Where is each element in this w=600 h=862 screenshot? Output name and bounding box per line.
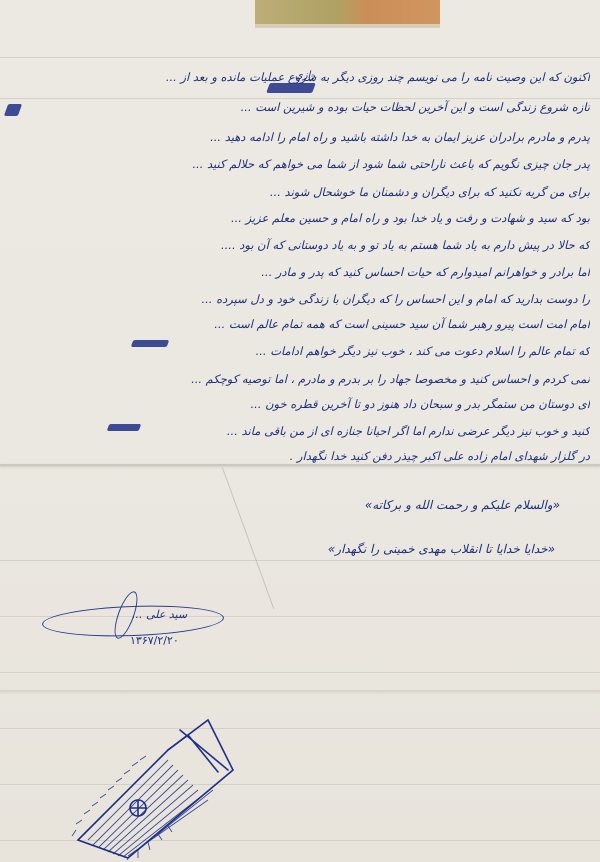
ruled-line (0, 560, 600, 561)
letter-line: ای دوستان من ستمگر بدر و سبحان داد هنوز … (10, 394, 590, 414)
letter-line: پدرم و مادرم برادران عزیز ایمان به خدا د… (10, 127, 590, 147)
letter-line: کنید و خوب نیز دیگر عرضی ندارم اما اگر ا… (10, 421, 590, 441)
letter-page: رازی اکنون که این وصیت نامه را می نویسم … (0, 0, 600, 862)
signature-date: ۱۳۶۷/۲/۲۰ (130, 634, 179, 647)
crossed-out-word (131, 340, 170, 347)
letter-line: در گلزار شهدای امام زاده علی اکبر چیذر د… (10, 446, 590, 466)
letter-line: تازه شروع زندگی است و این آخرین لحظات حی… (10, 97, 590, 117)
ruled-line (0, 672, 600, 673)
letter-line: که تمام عالم را اسلام دعوت می کند ، خوب … (10, 341, 590, 361)
paper-crease (222, 468, 274, 609)
paper-fold (0, 690, 600, 692)
letter-line: پدر جان چیزی نگویم که باعث ناراحتی شما ش… (10, 154, 590, 174)
ruled-line (0, 57, 600, 58)
letter-line: اما برادر و خواهرانم امیدوارم که حیات اح… (10, 262, 590, 282)
letter-line: که حالا در پیش دارم به یاد شما هستم به ی… (10, 235, 590, 255)
signature-block: سید علی ... ۱۳۶۷/۲/۲۰ (42, 588, 227, 658)
closing-prayer: «خدایا خدایا تا انقلاب مهدی خمینی را نگه… (328, 542, 555, 556)
crossed-out-word (107, 424, 142, 431)
letter-line: امام امت است پیرو رهبر شما آن سید حسینی … (10, 314, 590, 334)
closing-salutation: «والسلام علیکم و رحمت الله و برکاته» (365, 498, 560, 512)
letter-line: برای من گریه نکنید که برای دیگران و دشمن… (10, 182, 590, 202)
letter-line: را دوست بدارید که امام و این احساس را که… (10, 289, 590, 309)
pen-sketch (68, 710, 238, 860)
letter-line: بود که سید و شهادت و رفت و یاد خدا بود و… (10, 208, 590, 228)
crossed-out-word (266, 83, 316, 93)
letter-line: نمی کردم و احساس کنید و مخصوصا جهاد را ب… (10, 369, 590, 389)
signature-name: سید علی ... (132, 608, 187, 621)
adhesive-tape (255, 0, 440, 24)
